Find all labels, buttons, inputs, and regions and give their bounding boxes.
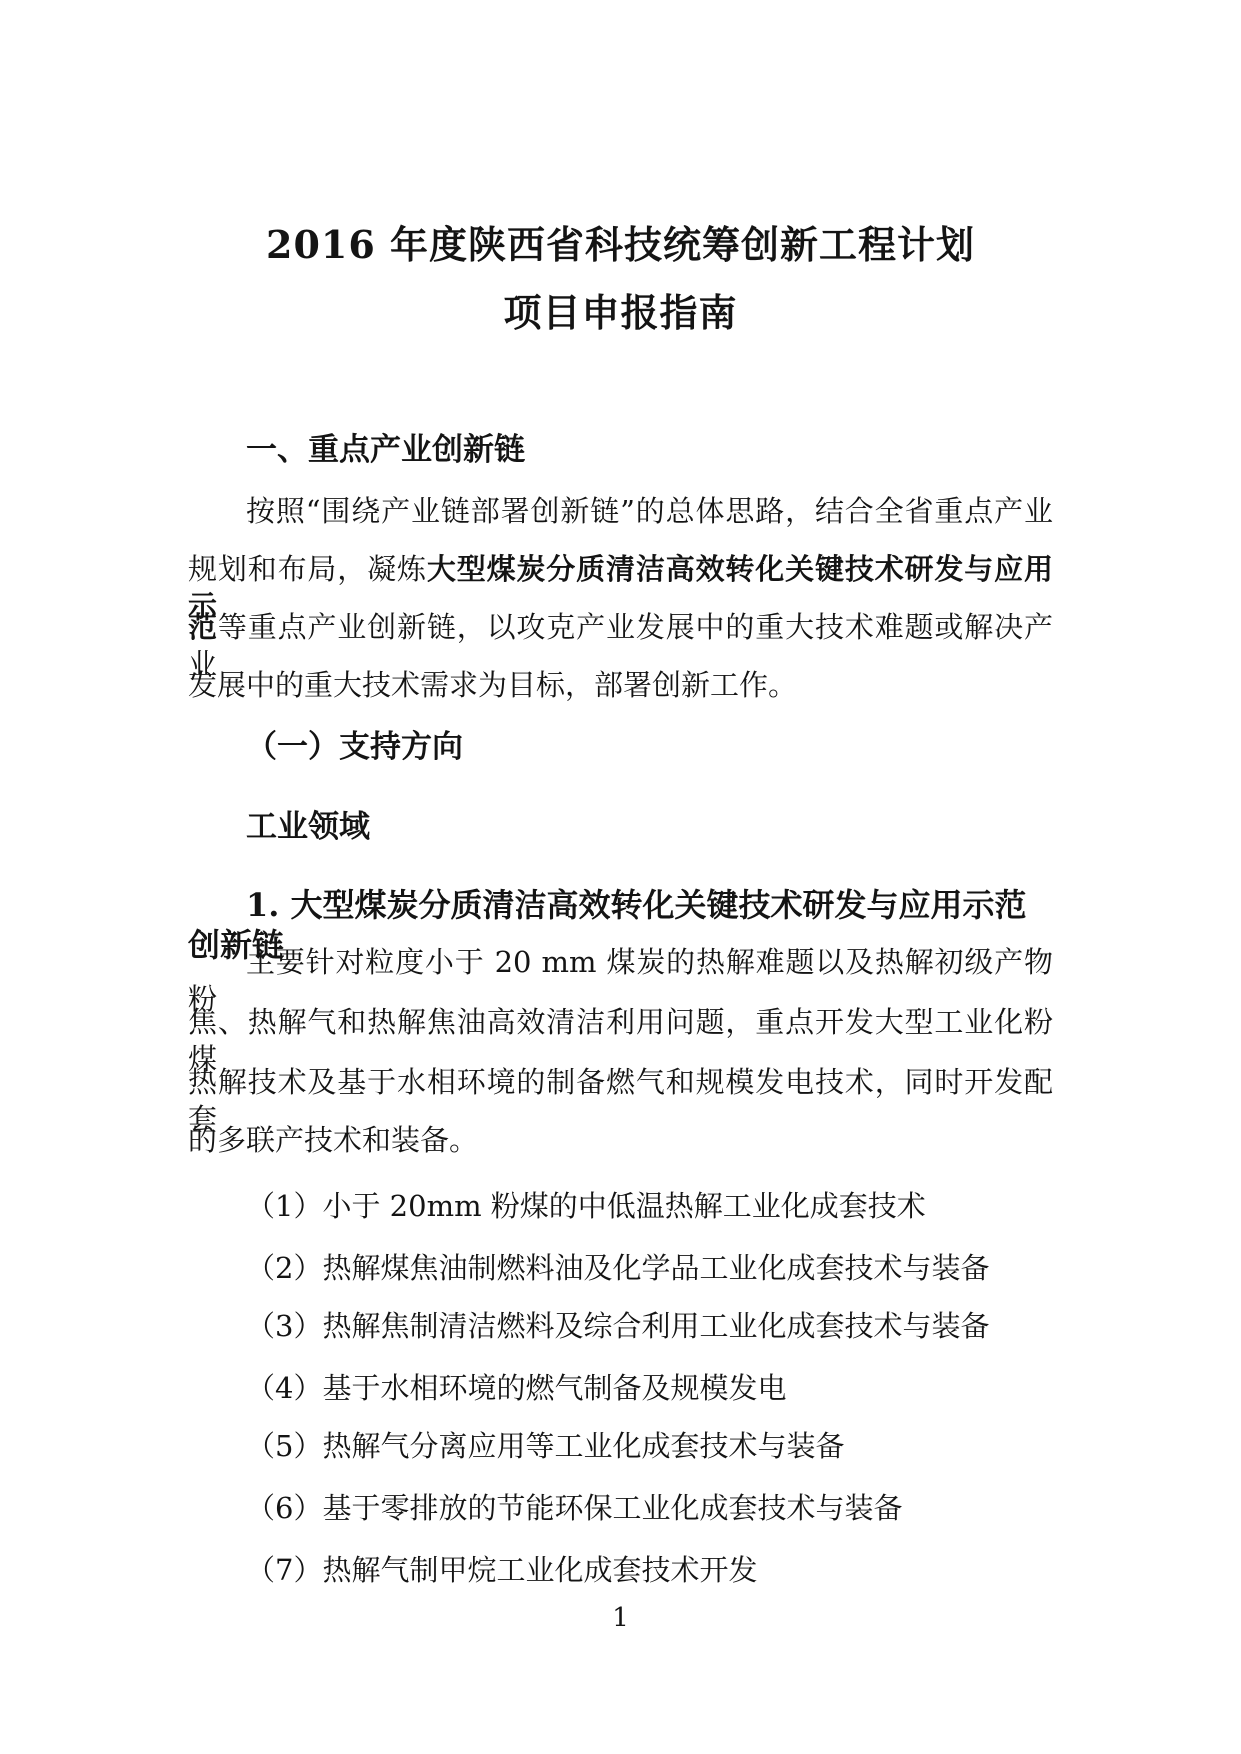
list-item-1: （1）小于 20mm 粉煤的中低温热解工业化成套技术 — [188, 1188, 1053, 1225]
doc-title-line1: 2016 年度陕西省科技统筹创新工程计划 — [188, 222, 1053, 268]
doc-title-line2: 项目申报指南 — [188, 290, 1053, 336]
paragraph-1-line-4: 发展中的重大技术需求为目标，部署创新工作。 — [188, 667, 1053, 704]
paragraph-1-line-4-text: 发展中的重大技术需求为目标，部署创新工作。 — [188, 668, 797, 702]
paragraph-2-line-4-text: 的多联产技术和装备。 — [188, 1123, 478, 1157]
paragraph-1-line-2-normal: 规划和布局，凝炼 — [188, 552, 427, 586]
document-page: 2016 年度陕西省科技统筹创新工程计划 项目申报指南 一、重点产业创新链 按照… — [0, 0, 1241, 1754]
list-item-5: （5）热解气分离应用等工业化成套技术与装备 — [188, 1428, 1053, 1465]
list-item-3: （3）热解焦制清洁燃料及综合利用工业化成套技术与装备 — [188, 1308, 1053, 1345]
paragraph-1-line-1-text: 按照“围绕产业链部署创新链”的总体思路，结合全省重点产业 — [246, 494, 1053, 528]
list-item-6: （6）基于零排放的节能环保工业化成套技术与装备 — [188, 1490, 1053, 1527]
page-number: 1 — [188, 1604, 1053, 1632]
document-content: 2016 年度陕西省科技统筹创新工程计划 项目申报指南 一、重点产业创新链 按照… — [188, 0, 1053, 1754]
section-heading-2: （一）支持方向 — [188, 728, 1053, 767]
section-heading-3: 工业领域 — [188, 808, 1053, 847]
list-item-2: （2）热解煤焦油制燃料油及化学品工业化成套技术与装备 — [188, 1250, 1053, 1287]
paragraph-1-line-1: 按照“围绕产业链部署创新链”的总体思路，结合全省重点产业 — [188, 493, 1053, 530]
list-item-4: （4）基于水相环境的燃气制备及规模发电 — [188, 1370, 1053, 1407]
list-item-7: （7）热解气制甲烷工业化成套技术开发 — [188, 1552, 1053, 1589]
paragraph-1-line-3-bold: 范 — [188, 610, 218, 644]
paragraph-2-line-4: 的多联产技术和装备。 — [188, 1122, 1053, 1159]
section-heading-1: 一、重点产业创新链 — [188, 431, 1053, 470]
